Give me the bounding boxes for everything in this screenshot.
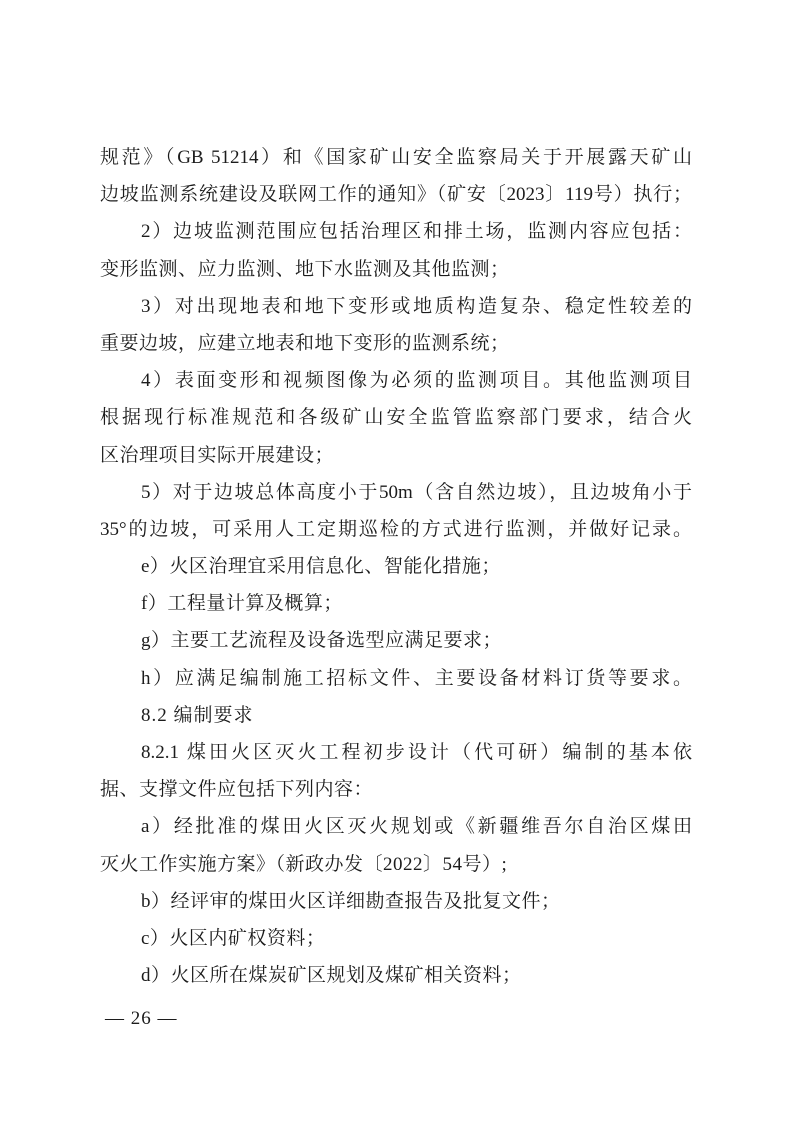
text-line: 2）边坡监测范围应包括治理区和排土场，监测内容应包括： xyxy=(100,213,692,250)
text-line: 4）表面变形和视频图像为必须的监测项目。其他监测项目 xyxy=(100,362,692,399)
text-line: 灭火工作实施方案》（新政办发〔2022〕54号）; xyxy=(100,846,692,883)
document-text-block: 规范》（GB 51214）和《国家矿山安全监察局关于开展露天矿山边坡监测系统建设… xyxy=(100,139,692,994)
text-line: 据、支撑文件应包括下列内容： xyxy=(100,771,692,808)
section-heading: 8.2 编制要求 xyxy=(100,697,692,734)
text-line: 重要边坡，应建立地表和地下变形的监测系统； xyxy=(100,325,692,362)
text-line: f）工程量计算及概算； xyxy=(100,585,692,622)
page-number: — 26 — xyxy=(105,1008,178,1029)
text-line: h）应满足编制施工招标文件、主要设备材料订货等要求。 xyxy=(100,660,692,697)
text-line: 区治理项目实际开展建设； xyxy=(100,437,692,474)
text-line: 3）对出现地表和地下变形或地质构造复杂、稳定性较差的 xyxy=(100,288,692,325)
text-line: 5）对于边坡总体高度小于50m（含自然边坡），且边坡角小于 xyxy=(100,474,692,511)
text-line: d）火区所在煤炭矿区规划及煤矿相关资料； xyxy=(100,957,692,994)
text-line: 边坡监测系统建设及联网工作的通知》（矿安〔2023〕119号）执行； xyxy=(100,176,692,213)
text-line: 35°的边坡，可采用人工定期巡检的方式进行监测，并做好记录。 xyxy=(100,511,692,548)
text-line: a）经批准的煤田火区灭火规划或《新疆维吾尔自治区煤田 xyxy=(100,808,692,845)
document-page: 规范》（GB 51214）和《国家矿山安全监察局关于开展露天矿山边坡监测系统建设… xyxy=(0,0,793,1122)
page-footer: — 26 — xyxy=(105,1004,178,1034)
text-line: g）主要工艺流程及设备选型应满足要求； xyxy=(100,622,692,659)
text-line: 规范》（GB 51214）和《国家矿山安全监察局关于开展露天矿山 xyxy=(100,139,692,176)
text-line: c）火区内矿权资料； xyxy=(100,920,692,957)
text-line: 8.2.1 煤田火区灭火工程初步设计（代可研）编制的基本依 xyxy=(100,734,692,771)
text-line: 变形监测、应力监测、地下水监测及其他监测； xyxy=(100,251,692,288)
text-line: 根据现行标准规范和各级矿山安全监管监察部门要求，结合火 xyxy=(100,399,692,436)
text-line: b）经评审的煤田火区详细勘查报告及批复文件； xyxy=(100,883,692,920)
text-line: e）火区治理宜采用信息化、智能化措施； xyxy=(100,548,692,585)
